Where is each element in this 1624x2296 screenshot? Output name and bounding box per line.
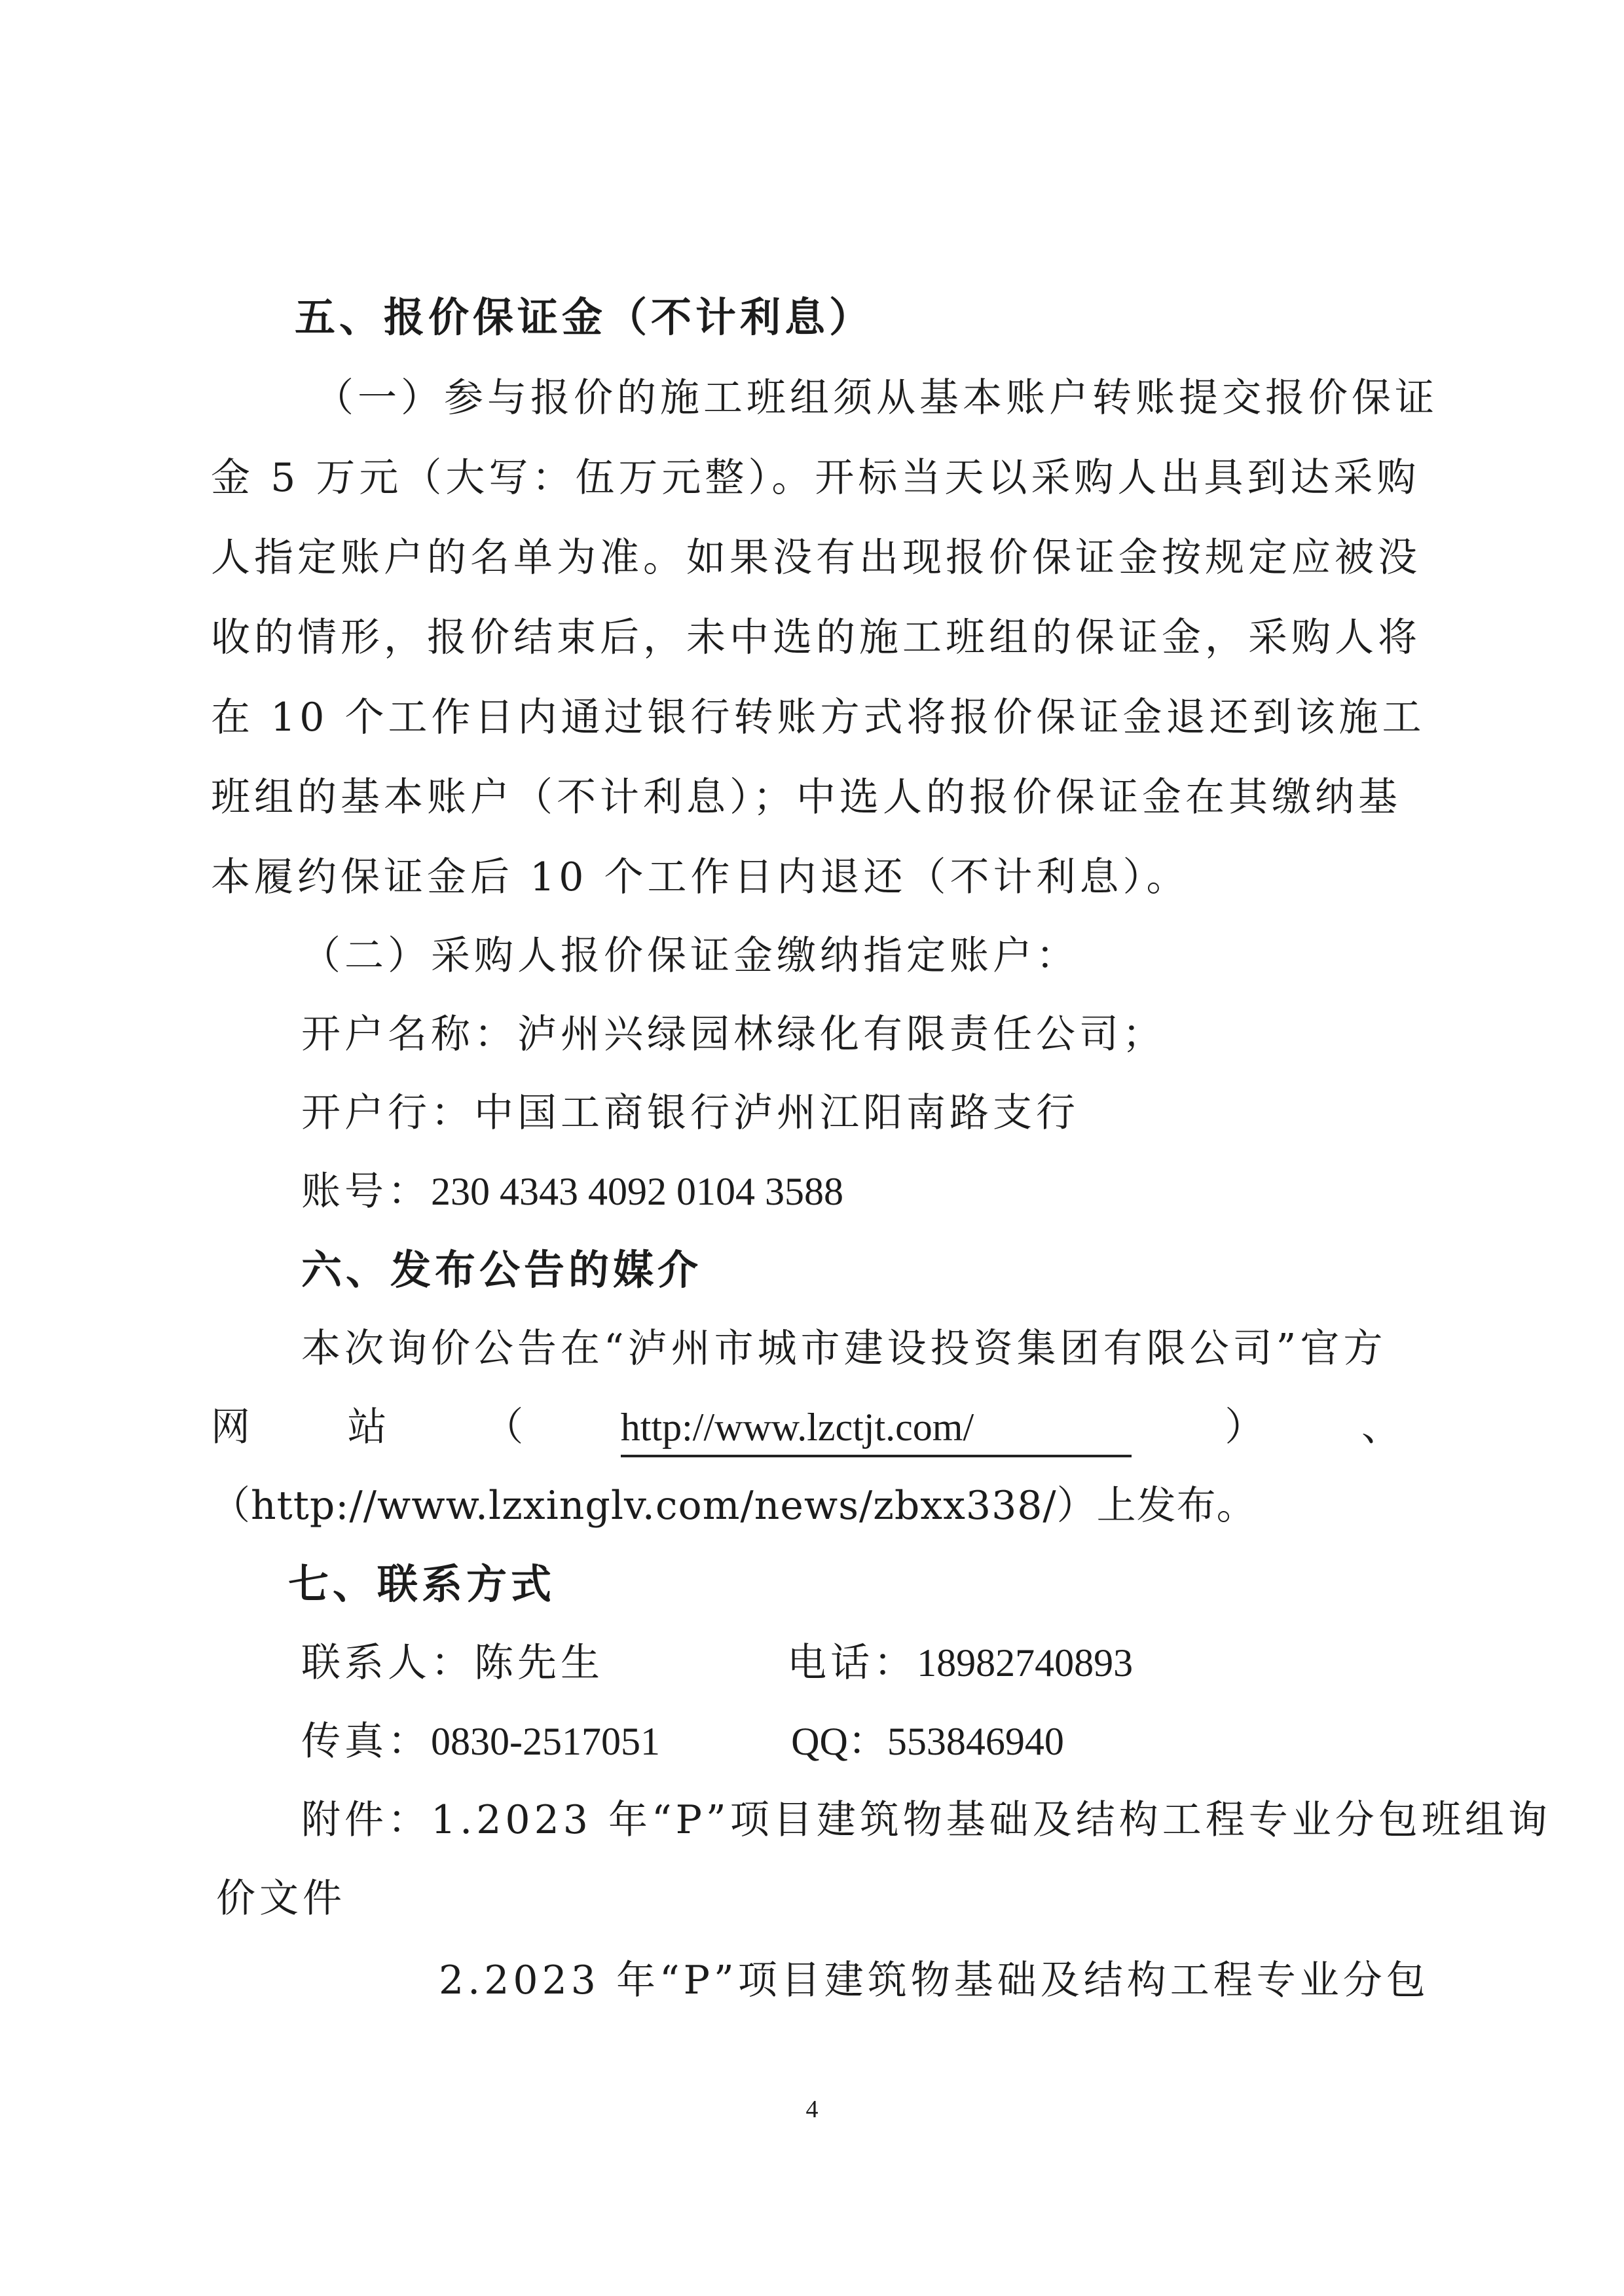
- section6-line1: 本次询价公告在“泸州市城市建设投资集团有限公司”官方: [301, 1322, 1405, 1375]
- section6-heading: 六、发布公告的媒介: [301, 1244, 1495, 1296]
- website-link-lzctjt[interactable]: http://www.lzctjt.com/: [621, 1401, 1132, 1457]
- fax-label: 传真：: [301, 1719, 431, 1764]
- contact-row: 联系人：陈先生 电话：18982740893: [301, 1637, 1495, 1689]
- section5-para1-line2: 金 5 万元（大写：伍万元整）。开标当天以采购人出具到达采购: [211, 452, 1405, 504]
- page-number: 4: [806, 2095, 819, 2124]
- paren-open: （: [484, 1401, 527, 1457]
- bank-name: 开户行：中国工商银行泸州江阳南路支行: [301, 1087, 1495, 1139]
- attachment2: 2.2023 年“P”项目建筑物基础及结构工程专业分包: [439, 1954, 1405, 2007]
- phone-number: 18982740893: [917, 1641, 1133, 1685]
- enum-comma: 、: [1361, 1401, 1405, 1457]
- fax-row: 传真：0830-2517051 QQ：553846940: [301, 1715, 1495, 1768]
- phone-label: 电话：: [787, 1640, 917, 1686]
- word-net: 网: [211, 1401, 254, 1457]
- account-number: 230 4343 4092 0104 3588: [431, 1170, 843, 1213]
- section5-para2-title: （二）采购人报价保证金缴纳指定账户：: [301, 930, 1495, 982]
- account-number-row: 账号：230 4343 4092 0104 3588: [301, 1165, 1495, 1218]
- account-number-label: 账号：: [301, 1169, 431, 1214]
- section5-para1-line5: 在 10 个工作日内通过银行转账方式将报价保证金退还到该施工: [211, 691, 1405, 744]
- attachment1-line2: 价文件: [216, 1872, 1410, 1925]
- fax-number: 0830-2517051: [431, 1720, 660, 1763]
- section5-heading: 五、报价保证金（不计利息）: [295, 291, 1488, 344]
- section5-para1-line7: 本履约保证金后 10 个工作日内退还（不计利息）。: [211, 851, 1405, 903]
- section6-line2: 网 站 （ http://www.lzctjt.com/ ） 、: [211, 1401, 1405, 1457]
- section5-para1-line3: 人指定账户的名单为准。如果没有出现报价保证金按规定应被没: [211, 532, 1405, 584]
- contact-person: 联系人：陈先生: [301, 1640, 604, 1686]
- paren-close: ）: [1225, 1401, 1268, 1457]
- section5-para1-line1: （一）参与报价的施工班组须从基本账户转账提交报价保证: [314, 372, 1405, 424]
- section6-line3[interactable]: （http://www.lzxinglv.com/news/zbxx338/）上…: [211, 1480, 1405, 1532]
- word-station: 站: [348, 1401, 391, 1457]
- attachment1-line1: 附件：1.2023 年“P”项目建筑物基础及结构工程专业分包班组询: [301, 1794, 1405, 1846]
- qq-label: QQ：: [791, 1720, 887, 1763]
- qq-number: 553846940: [887, 1720, 1064, 1763]
- section7-heading: 七、联系方式: [288, 1558, 1482, 1611]
- account-name: 开户名称：泸州兴绿园林绿化有限责任公司；: [301, 1008, 1495, 1061]
- section5-para1-line4: 收的情形，报价结束后，未中选的施工班组的保证金，采购人将: [211, 611, 1405, 664]
- section5-para1-line6: 班组的基本账户（不计利息）；中选人的报价保证金在其缴纳基: [211, 771, 1405, 824]
